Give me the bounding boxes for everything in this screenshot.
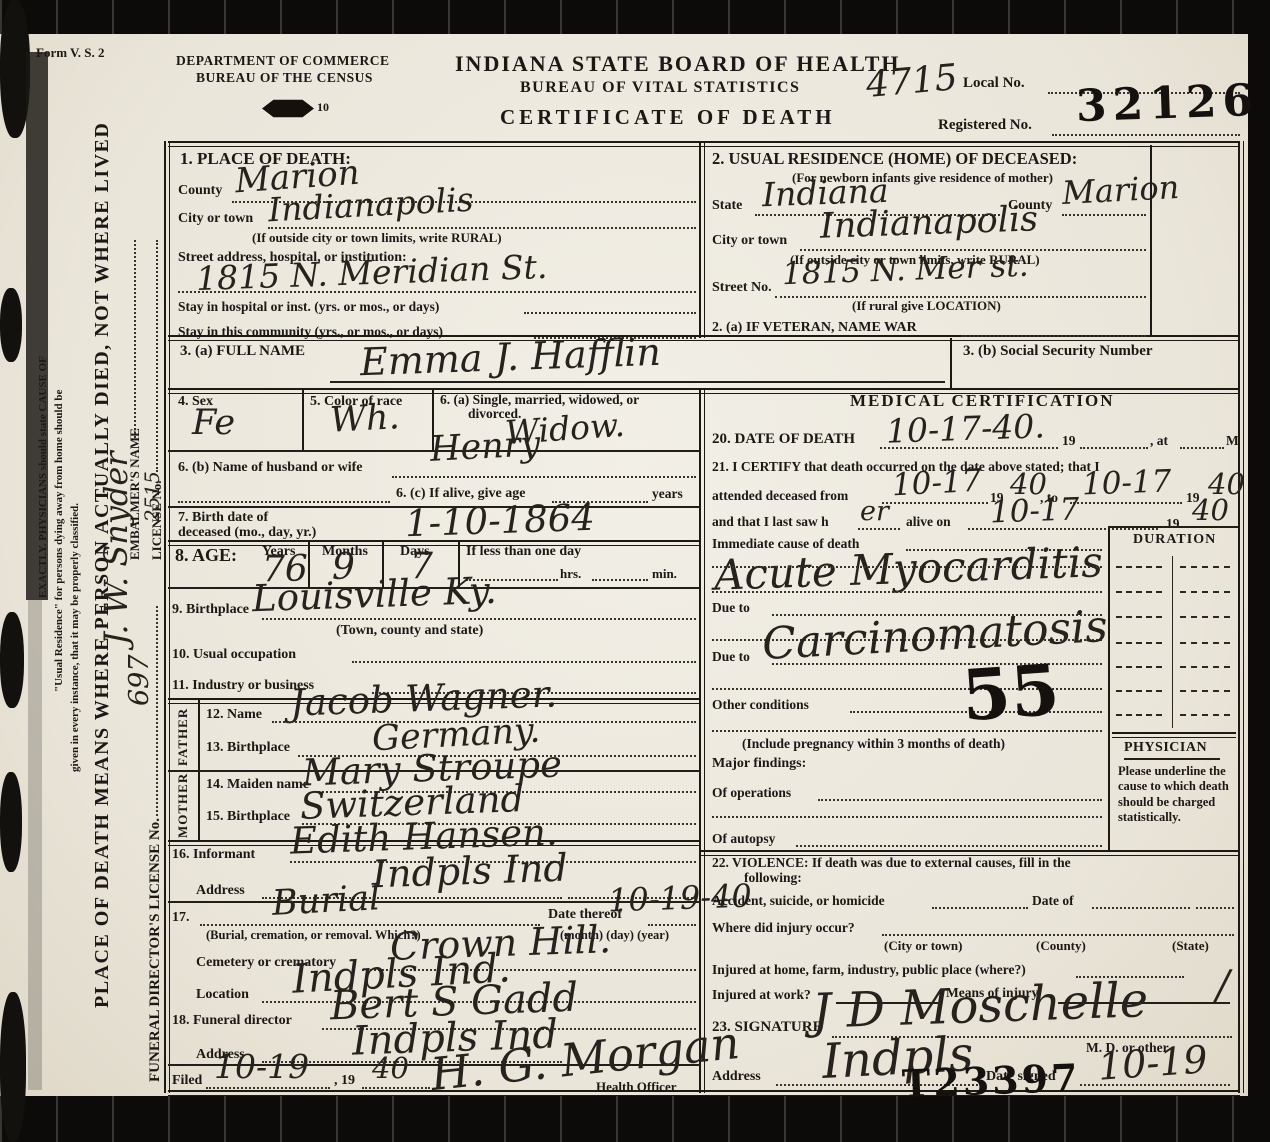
date-of-death-label: 20. DATE OF DEATH <box>712 432 855 448</box>
dotted-line <box>712 816 1102 818</box>
residence-city-value: Indianapolis <box>819 202 1038 245</box>
dotted-line <box>796 845 1102 847</box>
rule <box>302 390 304 452</box>
residence-county-value: Marion <box>1061 171 1180 209</box>
less-than-one-day-label: If less than one day <box>466 545 581 560</box>
rule <box>164 141 170 1093</box>
last-saw-her: er <box>860 498 889 525</box>
occupation-label: 10. Usual occupation <box>172 648 296 663</box>
dash-line <box>1180 616 1230 618</box>
dash-line <box>1116 666 1162 668</box>
rule <box>699 141 705 338</box>
rule <box>330 381 945 383</box>
dotted-line <box>206 1087 330 1089</box>
duration-label: DURATION <box>1133 533 1216 548</box>
spouse-value: Henry <box>429 427 541 468</box>
title-board-of-health: INDIANA STATE BOARD OF HEALTH <box>455 52 901 75</box>
rule <box>1112 732 1236 738</box>
dotted-line <box>882 934 1234 936</box>
film-edge-top <box>0 0 1270 34</box>
dotted-line <box>962 335 1146 337</box>
father-name-label: 12. Name <box>206 708 262 723</box>
dotted-line <box>268 227 696 229</box>
physician-label: PHYSICIAN <box>1124 741 1207 756</box>
min-label: min. <box>652 567 677 581</box>
death-certificate-scan: EXACTLY. PHYSICIANS should state CAUSE O… <box>0 0 1270 1142</box>
years-suffix: years <box>652 487 683 501</box>
dotted-line <box>362 1087 430 1089</box>
stay-community-label: Stay in this community (yrs., or mos., o… <box>178 325 443 339</box>
signature-label: 23. SIGNATURE <box>712 1020 823 1036</box>
dash-line <box>1116 690 1162 692</box>
dotted-line <box>156 240 158 472</box>
registered-no-label: Registered No. <box>938 118 1032 134</box>
due-to-label-2: Due to <box>712 650 750 664</box>
birthplace-value: Louisville Ky. <box>251 572 497 618</box>
rule <box>950 338 952 388</box>
due-to-label-1: Due to <box>712 601 750 615</box>
informant-label: 16. Informant <box>172 848 255 863</box>
dash-line <box>1116 566 1162 568</box>
injury-city-note: (City or town) <box>884 939 962 953</box>
dash-line <box>1180 591 1230 593</box>
filed-date-value: 10-19 <box>214 1050 309 1083</box>
dotted-line <box>1052 134 1240 136</box>
dotted-line <box>262 618 696 620</box>
dotted-line <box>1080 1084 1230 1086</box>
rural-note: (If outside city or town limits, write R… <box>252 231 502 245</box>
rule <box>699 390 705 1093</box>
dotted-line <box>592 579 648 581</box>
age-label: 8. AGE: <box>175 546 237 565</box>
dept-line-1: DEPARTMENT OF COMMERCE <box>176 54 390 68</box>
dotted-line <box>882 502 988 504</box>
dotted-line <box>858 528 900 530</box>
county-label: County <box>178 184 222 199</box>
last-saw-19: 19 <box>1166 517 1180 531</box>
date-of-death-value: 10-17-40. <box>885 409 1045 448</box>
dotted-line <box>178 501 390 503</box>
injury-state-note: (State) <box>1172 939 1209 953</box>
dotted-line <box>392 476 696 478</box>
last-saw-label: and that I last saw h <box>712 515 829 529</box>
rule <box>1108 526 1238 528</box>
physician-signature-value: J D Moschelle <box>811 976 1149 1036</box>
dotted-line <box>712 730 1102 732</box>
attended-from-value: 10-17 <box>891 466 982 502</box>
rule <box>1108 526 1110 850</box>
scan-artifact <box>0 288 22 362</box>
father-birthplace-label: 13. Birthplace <box>206 741 290 756</box>
signature-address-label: Address <box>712 1070 761 1085</box>
injured-home-label: Injured at home, farm, industry, public … <box>712 963 1026 977</box>
mother-birthplace-label: 15. Birthplace <box>206 810 290 825</box>
father-side-label: FATHER <box>176 708 190 766</box>
injury-county-note: (County) <box>1036 939 1086 953</box>
last-saw-date: 10-17 <box>989 494 1079 528</box>
dotted-line <box>524 312 696 314</box>
race-value: Wh. <box>329 400 400 439</box>
pregnancy-note: (Include pregnancy within 3 months of de… <box>742 737 1005 751</box>
dash-line <box>1180 690 1230 692</box>
informant-address-label: Address <box>196 884 245 899</box>
dash-line <box>1116 591 1162 593</box>
burial-type-value: Burial <box>271 881 381 922</box>
dotted-line <box>932 907 1028 909</box>
dotted-line <box>880 447 1058 449</box>
physician-note: Please underline the cause to which deat… <box>1118 764 1230 825</box>
full-name-label: 3. (a) FULL NAME <box>180 344 305 360</box>
violence-heading-1: 22. VIOLENCE: If death was due to extern… <box>712 856 1071 870</box>
mother-maiden-label: 14. Maiden name <box>206 778 309 793</box>
veteran-label: 2. (a) IF VETERAN, NAME WAR <box>712 321 917 336</box>
scan-artifact <box>0 992 26 1142</box>
rule <box>1238 141 1244 1093</box>
violence-heading-2: following: <box>744 871 802 885</box>
state-label: State <box>712 199 742 214</box>
form-number: Form V. S. 2 <box>36 46 105 60</box>
dotted-line <box>968 528 1158 530</box>
residence-street-value: 1815 N. Mer st. <box>782 251 1030 291</box>
location-label: Location <box>196 988 249 1003</box>
dept-line-2: BUREAU OF THE CENSUS <box>196 71 373 85</box>
date-signed-value: 10-19 <box>1097 1040 1209 1086</box>
filed-year-value: 40 <box>372 1054 409 1083</box>
registered-no-stamp: 32126 <box>1075 79 1260 129</box>
dash-line <box>1180 566 1230 568</box>
city-value: Indianapolis <box>267 183 474 227</box>
dotted-line <box>1196 907 1234 909</box>
local-no-handwritten: 4715 <box>865 60 959 104</box>
scan-artifact <box>0 612 24 708</box>
health-officer-label: Health Officer <box>596 1080 677 1094</box>
dash-line <box>1180 666 1230 668</box>
title-certificate-of-death: CERTIFICATE OF DEATH <box>500 106 836 128</box>
hrs-label: hrs. <box>560 567 581 581</box>
scan-artifact <box>0 772 22 872</box>
street-value: 1815 N. Meridian St. <box>196 250 548 295</box>
where-injury-label: Where did injury occur? <box>712 921 855 935</box>
funeral-director-license-value: 697 <box>126 654 153 706</box>
dotted-line <box>818 799 1102 801</box>
rule <box>1150 145 1152 335</box>
funeral-director-label: 18. Funeral director <box>172 1014 292 1029</box>
birthplace-label: 9. Birthplace <box>172 603 249 618</box>
residence-city-label: City or town <box>712 234 787 249</box>
rule <box>1172 556 1173 728</box>
scan-smudge <box>28 600 42 1090</box>
margin-note-2: "Usual Residence" for persons dying away… <box>54 390 66 692</box>
dotted-line <box>712 591 1102 593</box>
funeral-director-license-label: FUNERAL DIRECTOR'S LICENSE No. <box>148 818 164 1082</box>
local-no-label: Local No. <box>963 76 1025 92</box>
film-edge-right <box>1248 0 1270 1142</box>
dotted-line <box>1070 502 1182 504</box>
stray-mark: / <box>1216 966 1229 1006</box>
burial-type-note: (Burial, cremation, or removal. Which?) <box>206 929 421 942</box>
census-stamp-number: 10 <box>317 101 329 114</box>
accident-label: Accident, suicide, or homicide <box>712 894 885 908</box>
dash-line <box>1180 642 1230 644</box>
dotted-line <box>1080 447 1148 449</box>
residence-street-label: Street No. <box>712 281 772 296</box>
alive-on-label: alive on <box>906 515 951 529</box>
dotted-line <box>1062 214 1146 216</box>
ssn-label: 3. (b) Social Security Number <box>963 344 1153 360</box>
filed-label: Filed <box>172 1074 202 1089</box>
census-stamp-icon <box>262 99 314 118</box>
rule <box>1124 758 1220 760</box>
immediate-cause-value: Acute Myocarditis <box>713 541 1103 597</box>
dotted-line <box>352 661 696 663</box>
dod-19: 19 <box>1062 434 1076 448</box>
other-conditions-stamp: 55 <box>960 655 1062 732</box>
dotted-line <box>648 924 696 926</box>
dod-at-label: , at <box>1150 434 1168 448</box>
dash-line <box>1116 616 1162 618</box>
birthplace-note: (Town, county and state) <box>336 624 483 639</box>
attended-from-label: attended deceased from <box>712 489 848 503</box>
dotted-line <box>156 606 158 816</box>
dotted-line <box>712 566 1102 568</box>
spouse-label: 6. (b) Name of husband or wife <box>178 461 362 476</box>
burial-num: 17. <box>172 911 190 926</box>
of-operations-label: Of operations <box>712 786 791 800</box>
dash-line <box>1116 642 1162 644</box>
residence-heading: 2. USUAL RESIDENCE (HOME) OF DECEASED: <box>712 150 1077 167</box>
last-saw-year: 40 <box>1192 496 1229 525</box>
rule <box>168 540 700 546</box>
file-number-stamp: T23397 <box>901 1059 1081 1103</box>
dash-line <box>1180 714 1230 716</box>
dotted-line <box>134 240 136 438</box>
birthdate-label-1: 7. Birth date of <box>178 511 268 526</box>
margin-note-3: given in every instance, that it may be … <box>70 503 82 772</box>
injured-work-label: Injured at work? <box>712 988 811 1002</box>
birthdate-label-2: deceased (mo., day, yr.) <box>178 526 316 541</box>
dotted-line <box>178 291 696 293</box>
film-edge-bottom <box>0 1096 1270 1142</box>
filed-year-label: , 19 <box>334 1074 355 1089</box>
sex-value: Fe <box>192 406 235 441</box>
title-vital-statistics: BUREAU OF VITAL STATISTICS <box>520 80 800 97</box>
other-conditions-label: Other conditions <box>712 698 809 712</box>
birthdate-value: 1-10-1864 <box>404 499 595 543</box>
margin-note-1: EXACTLY. PHYSICIANS should state CAUSE O… <box>38 356 50 598</box>
mother-side-label: MOTHER <box>176 773 190 838</box>
of-autopsy-label: Of autopsy <box>712 832 775 846</box>
medical-certification-heading: MEDICAL CERTIFICATION <box>850 392 1114 410</box>
dod-m-label: M <box>1226 434 1239 448</box>
major-findings-label: Major findings: <box>712 757 806 772</box>
license-no-value: 2515 <box>142 471 162 522</box>
city-label: City or town <box>178 212 253 227</box>
full-name-value: Emma J. Hafflin <box>359 333 661 381</box>
date-of-label: Date of <box>1032 894 1074 908</box>
dotted-line <box>1092 907 1190 909</box>
rural-location-note: (If rural give LOCATION) <box>852 299 1001 313</box>
stay-hospital-label: Stay in hospital or inst. (yrs. or mos.,… <box>178 300 439 314</box>
informant-address-value: Indpls Ind <box>371 849 568 894</box>
dash-line <box>1116 714 1162 716</box>
attended-to-value: 10-17 <box>1081 466 1171 500</box>
dotted-line <box>1180 447 1224 449</box>
